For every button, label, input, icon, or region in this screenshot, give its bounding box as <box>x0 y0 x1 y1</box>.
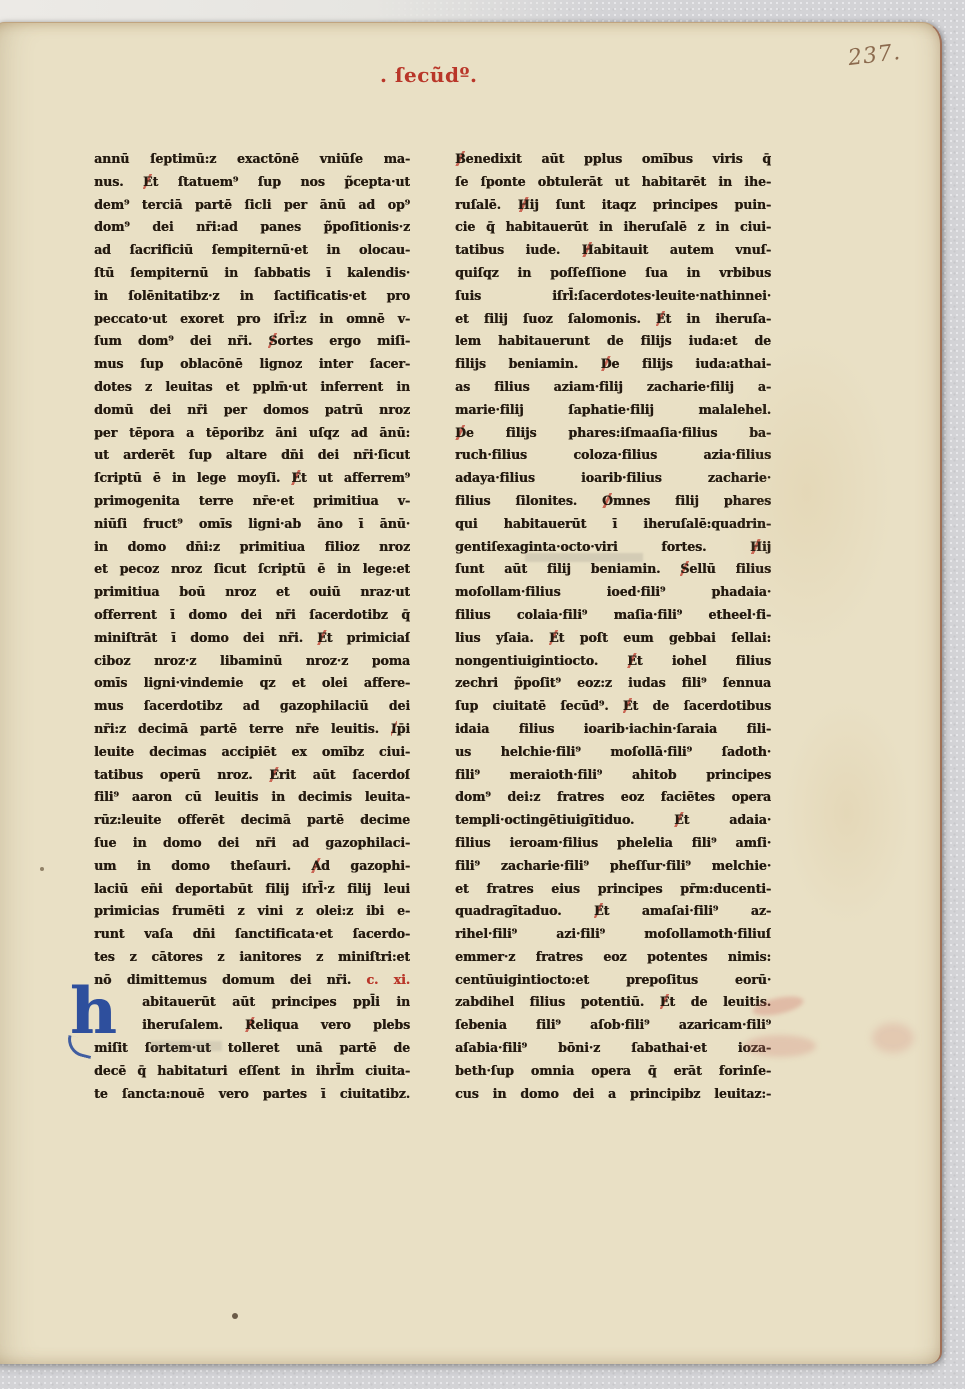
rubricated-capital: E <box>656 311 666 326</box>
text-line: ciboz nroz·z libaminū nroz·z poma <box>94 650 410 673</box>
text-line: ſcriptū ē in lege moyſi. Et ut afferrem⁹ <box>94 467 410 490</box>
photograph-background: { "document": { "description": "Printed … <box>0 0 965 1389</box>
text-line: idaia filius ioarib·iachin·ſaraia fili- <box>455 718 771 741</box>
rubricated-capital: I <box>391 721 397 736</box>
text-line: tes z cātores z ianitores z miniſtri:et <box>94 946 410 969</box>
text-line: et fratres eius principes pr̄m:ducenti- <box>455 878 771 901</box>
running-title: . ſecũdº. <box>380 63 477 87</box>
text-line: primogenita terre nr̄e·et primitiua v- <box>94 490 410 513</box>
manuscript-page: . ſecũdº. 237. annū ſeptimū:z exactōnē v… <box>0 22 942 1364</box>
text-line: et filij ſuoz ſalomonis. Et in iheruſa- <box>455 308 771 331</box>
ink-offset-mark <box>872 1023 914 1053</box>
text-line: nongentiuigintiocto. Et iohel filius <box>455 650 771 673</box>
rubricated-capital: H <box>582 242 594 257</box>
text-line: in ſolēnitatibz·z in ſactificatis·et pro <box>94 285 410 308</box>
text-line: cus in domo dei a principibz leuitaz:- <box>455 1083 771 1106</box>
text-line: filius ſilonites. Omnes filij phares <box>455 490 771 513</box>
rubricated-capital: S <box>268 333 277 348</box>
text-line: zechri p̃poſit⁹ eoz:z iudas fili⁹ ſennua <box>455 672 771 695</box>
rubricated-capital: D <box>601 356 612 371</box>
text-line: filijs beniamin. De filijs iuda:athai- <box>455 353 771 376</box>
text-line: marie·filij ſaphatie·filij malalehel. <box>455 399 771 422</box>
text-line: ruch·filius coloza·filius azia·filius <box>455 444 771 467</box>
text-line: moſollam·filius ioed·fili⁹ phadaia· <box>455 581 771 604</box>
text-line: quadragītaduo. Et amaſai·fili⁹ az- <box>455 900 771 923</box>
text-line: omīs ligni·vindemie qz et olei affere- <box>94 672 410 695</box>
text-line: ſuis iſrl̄:ſacerdotes·leuite·nathinnei· <box>455 285 771 308</box>
rubricated-capital: S <box>680 561 689 576</box>
text-line: decē q̄ habitaturi eſſent in ihrl̄m ciui… <box>94 1060 410 1083</box>
text-line: tatibus iude. Habitauit autem vnuſ- <box>455 239 771 262</box>
text-line: ad ſacrificiū ſempiternū·et in olocau- <box>94 239 410 262</box>
rubricated-capital: E <box>549 630 559 645</box>
rubricated-capital: E <box>627 653 637 668</box>
text-line: fili⁹ zacharie·fili⁹ pheſſur·fili⁹ melch… <box>455 855 771 878</box>
text-line: nō dimittemus domum dei nr̄i. c. xi. <box>94 969 410 992</box>
text-line: leuite decimas accipiēt ex omībz ciui- <box>94 741 410 764</box>
text-line: ut arderēt ſup altare dn̄i dei nr̄i·ſicu… <box>94 444 410 467</box>
text-line: miniſtrāt ī domo dei nr̄i. Et primiciaſ <box>94 627 410 650</box>
rubricated-capital: H <box>750 539 762 554</box>
rubricated-capital: E <box>291 470 301 485</box>
text-line: primitiua boū nroz et ouiū nraz·ut <box>94 581 410 604</box>
text-line: zabdihel filius potentiū. Et de leuitis. <box>455 991 771 1014</box>
text-line: lem habitauerunt de filijs iuda:et de <box>455 330 771 353</box>
text-line: us helchie·fili⁹ moſollā·fili⁹ ſadoth· <box>455 741 771 764</box>
text-line: ſe ſponte obtulerāt ut habitarēt in ihe- <box>455 171 771 194</box>
rubricated-capital: R <box>245 1017 255 1032</box>
text-line: filius colaia·fili⁹ maſia·fili⁹ etheel·f… <box>455 604 771 627</box>
text-line: ſue in domo dei nr̄i ad gazophilaci- <box>94 832 410 855</box>
text-line: runt vaſa dn̄i ſanctificata·et ſacerdo- <box>94 923 410 946</box>
text-line: niūſi fruct⁹ omīs ligni·ab āno ī ānū· <box>94 513 410 536</box>
text-line: rihel·fili⁹ azi·fili⁹ moſollamoth·filiuſ <box>455 923 771 946</box>
text-line: ſup ciuitatē ſecūd⁹. Et de ſacerdotibus <box>455 695 771 718</box>
text-line: miſit ſortem·ut tolleret unā partē de <box>94 1037 410 1060</box>
rubricated-capital: E <box>317 630 327 645</box>
text-line: templi·octingētiuigītiduo. Et adaia· <box>455 809 771 832</box>
rubricated-capital: E <box>674 812 684 827</box>
text-line: rūz:leuite offerēt decimā partē decime <box>94 809 410 832</box>
text-line: Benedixit aūt pplus omībus viris q̄ <box>455 148 771 171</box>
text-line: mus ſacerdotibz ad gazophilaciū dei <box>94 695 410 718</box>
text-line: et pecoz nroz ſicut ſcriptū ē in lege:et <box>94 558 410 581</box>
text-line: adaya·filius ioarib·filius zacharie· <box>455 467 771 490</box>
text-line: gentiſexaginta·octo·viri fortes. Hij <box>455 536 771 559</box>
rubricated-capital: E <box>660 994 670 1009</box>
text-line: fili⁹ meraioth·fili⁹ ahitob principes <box>455 764 771 787</box>
illuminated-initial: h <box>70 986 132 1044</box>
text-line: ſum dom⁹ dei nr̄i. Sortes ergo miſi- <box>94 330 410 353</box>
folio-number: 237. <box>847 40 903 71</box>
text-line: in domo dn̄i:z primitiua filioz nroz <box>94 536 410 559</box>
speck <box>40 867 44 871</box>
text-line: as filius aziam·filij zacharie·filij a- <box>455 376 771 399</box>
rubricated-capital: D <box>455 425 466 440</box>
rubricated-capital: E <box>623 698 633 713</box>
text-line: quiſqz in poſſeſſione ſua in vrbibus <box>455 262 771 285</box>
text-line: aſabia·fili⁹ bōni·z ſabathai·et ioza- <box>455 1037 771 1060</box>
text-line: te ſancta:nouē vero partes ī ciuitatibz. <box>94 1083 410 1106</box>
text-line: cie q̄ habitauerūt in iheruſalē z in ciu… <box>455 216 771 239</box>
text-line: dotes z leuitas et pplm̄·ut inferrent in <box>94 376 410 399</box>
text-line: per tēpora a tēporibz āni uſqz ad ānū: <box>94 422 410 445</box>
rubricated-capital: E <box>594 903 604 918</box>
rubricated-capital: E <box>269 767 279 782</box>
text-line: tatibus operū nroz. Erit aūt ſacerdoſ <box>94 764 410 787</box>
text-line: annū ſeptimū:z exactōnē vniūſe ma- <box>94 148 410 171</box>
text-line: beth·ſup omnia opera q̄ erāt forinſe- <box>455 1060 771 1083</box>
parchment-stain <box>762 663 932 963</box>
rubricated-capital: B <box>455 151 466 166</box>
text-line: peccato·ut exoret pro iſrl̄:z in omnē v- <box>94 308 410 331</box>
text-line: iheruſalem. Reliqua vero plebs <box>94 1014 410 1037</box>
text-line: ruſalē. Hij ſunt itaqz principes puin- <box>455 194 771 217</box>
text-line: dem⁹ terciā partē ſicli per ānū ad op⁹ <box>94 194 410 217</box>
rubricated-capital: H <box>518 197 530 212</box>
chapter-mark: c. xi. <box>366 972 410 987</box>
text-line: primicias frumēti z vini z olei:z ibi e- <box>94 900 410 923</box>
text-line: dom⁹ dei:z fratres eoz faciētes opera <box>455 786 771 809</box>
text-line: nus. Et ſtatuem⁹ ſup nos p̃cepta·ut <box>94 171 410 194</box>
rubricated-capital: O <box>602 493 613 508</box>
text-column-left: annū ſeptimū:z exactōnē vniūſe ma-nus. E… <box>94 148 410 1110</box>
text-line: nr̄i:z decimā partē terre nr̄e leuitis. … <box>94 718 410 741</box>
text-line: domū dei nr̄i per domos patrū nroz <box>94 399 410 422</box>
text-line: ſunt aūt filij beniamin. Sellū filius <box>455 558 771 581</box>
text-line: lius yſaia. Et poſt eum gebbai ſellai: <box>455 627 771 650</box>
text-line: centūuigintiocto:et prepoſitus eorū· <box>455 969 771 992</box>
rubricated-capital: E <box>143 174 153 189</box>
text-column-right: Benedixit aūt pplus omībus viris q̄ſe ſp… <box>455 148 771 1110</box>
text-line: laciū en̄i deportabūt filij iſrl̄·z fili… <box>94 878 410 901</box>
text-line: ſtū ſempiternū in ſabbatis ī kalendis· <box>94 262 410 285</box>
speck <box>232 1313 238 1319</box>
text-line: qui habitauerūt ī iheruſalē:quadrin- <box>455 513 771 536</box>
text-line: mus ſup oblacōnē lignoz inter ſacer- <box>94 353 410 376</box>
text-line: fili⁹ aaron cū leuitis in decimis leuita… <box>94 786 410 809</box>
text-line: offerrent ī domo dei nr̄i ſacerdotibz q̄ <box>94 604 410 627</box>
text-line: filius ieroam·filius phelelia fili⁹ amſi… <box>455 832 771 855</box>
text-line: De filijs phares:iſmaaſia·filius ba- <box>455 422 771 445</box>
text-line: um in domo theſauri. Ad gazophi- <box>94 855 410 878</box>
rubricated-capital: A <box>311 858 321 873</box>
text-line: abitauerūt aūt principes ppl̄i in <box>94 991 410 1014</box>
text-line: emmer·z fratres eoz potentes nimis: <box>455 946 771 969</box>
text-line: ſebenia fili⁹ aſob·fili⁹ azaricam·fili⁹ <box>455 1014 771 1037</box>
text-line: dom⁹ dei nr̄i:ad panes p̃poſitionis·z <box>94 216 410 239</box>
